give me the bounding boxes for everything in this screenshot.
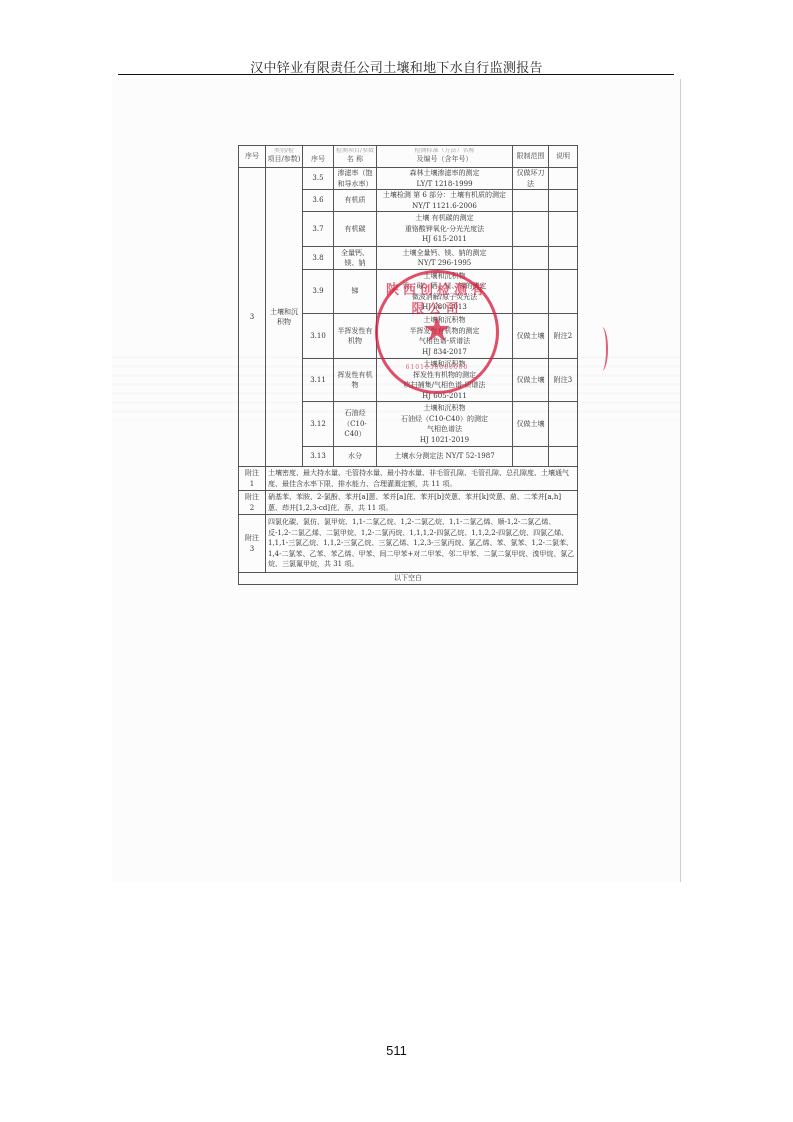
item-remark	[549, 247, 578, 270]
item-seq: 3.13	[303, 447, 334, 467]
header-category: 类别/检 项目/参数)	[266, 146, 303, 168]
item-method: 土壤 有机碳的测定 重铬酸钾氧化-分光光度法 HJ 615-2011	[377, 212, 513, 247]
header-remark: 说明	[549, 146, 578, 168]
note-label: 附注 1	[239, 467, 266, 491]
item-remark	[549, 190, 578, 212]
item-name: 有机碳	[334, 212, 377, 247]
item-seq: 3.12	[303, 402, 334, 447]
note-text: 四氯化碳、氯仿、氯甲烷、1,1-二氯乙烷、1,2-二氯乙烷、1,1-二氯乙烯、顺…	[266, 515, 578, 573]
item-remark	[549, 168, 578, 190]
item-seq: 3.9	[303, 270, 334, 314]
header-item-name: 检测项目/参数 名 称	[334, 146, 377, 168]
item-limit: 仅做土壤	[513, 402, 549, 447]
item-remark: 附注3	[549, 359, 578, 402]
item-limit: 仅做土壤	[513, 359, 549, 402]
end-row: 以下空白	[239, 573, 578, 585]
item-remark	[549, 402, 578, 447]
item-name: 挥发性有机物	[334, 359, 377, 402]
item-limit: 仅做环刀法	[513, 168, 549, 190]
group-seq: 3	[239, 168, 266, 467]
item-method: 土壤和沉积物 挥发性有机物的测定 吹扫捕集/气相色谱-质谱法 HJ 605-20…	[377, 359, 513, 402]
item-remark	[549, 270, 578, 314]
item-method: 森林土壤渗滤率的测定 LY/T 1218-1999	[377, 168, 513, 190]
end-marker: 以下空白	[239, 573, 578, 585]
note-text: 土壤密度、最大持水量、毛管持水量、最小持水量、非毛管孔隙、毛管孔隙、总孔隙度、土…	[266, 467, 578, 491]
note-text: 硝基苯、苯胺、2-氯酚、苯并[a]蒽、苯并[a]芘、苯并[b]荧蒽、苯并[k]荧…	[266, 491, 578, 515]
item-name: 石油烃（C10-C40）	[334, 402, 377, 447]
item-name: 锑	[334, 270, 377, 314]
item-name: 水分	[334, 447, 377, 467]
item-limit: 仅做土壤	[513, 314, 549, 359]
item-seq: 3.6	[303, 190, 334, 212]
item-seq: 3.7	[303, 212, 334, 247]
item-seq: 3.8	[303, 247, 334, 270]
note-label: 附注 3	[239, 515, 266, 573]
item-method: 土壤和沉积物 汞、砷、硒、铋、锑的测定 微波消解/原子荧光法 HJ 680-20…	[377, 270, 513, 314]
note-row: 附注 3四氯化碳、氯仿、氯甲烷、1,1-二氯乙烷、1,2-二氯乙烷、1,1-二氯…	[239, 515, 578, 573]
item-seq: 3.10	[303, 314, 334, 359]
header-method: 检测标准（方法）名称 及编号（含年号）	[377, 146, 513, 168]
item-name: 全量钙、镁、钠	[334, 247, 377, 270]
item-limit	[513, 212, 549, 247]
item-limit	[513, 190, 549, 212]
note-row: 附注 1土壤密度、最大持水量、毛管持水量、最小持水量、非毛管孔隙、毛管孔隙、总孔…	[239, 467, 578, 491]
note-label: 附注 2	[239, 491, 266, 515]
item-limit	[513, 270, 549, 314]
header-item-seq: 序号	[303, 146, 334, 168]
capability-table: 序号 类别/检 项目/参数) 序号 检测项目/参数 名 称 检测标准（方法）名称…	[238, 145, 578, 585]
header-rule	[118, 74, 674, 75]
item-method: 土壤全量钙、镁、钠的测定 NY/T 296-1995	[377, 247, 513, 270]
note-row: 附注 2硝基苯、苯胺、2-氯酚、苯并[a]蒽、苯并[a]芘、苯并[b]荧蒽、苯并…	[239, 491, 578, 515]
group-category: 土壤和沉积物	[266, 168, 303, 467]
item-name: 有机质	[334, 190, 377, 212]
item-remark	[549, 212, 578, 247]
item-method: 土壤和沉积物 半挥发性有机物的测定 气相色谱-质谱法 HJ 834-2017	[377, 314, 513, 359]
item-limit	[513, 447, 549, 467]
table-row: 3土壤和沉积物3.5渗滤率（饱和导水率）森林土壤渗滤率的测定 LY/T 1218…	[239, 168, 578, 190]
item-name: 半挥发性有机物	[334, 314, 377, 359]
item-seq: 3.5	[303, 168, 334, 190]
page-number: 511	[0, 1043, 793, 1058]
item-remark: 附注2	[549, 314, 578, 359]
item-method: 土壤检测 第 6 部分：土壤有机质的测定 NY/T 1121.6-2006	[377, 190, 513, 212]
edge-seal-mark	[596, 327, 608, 371]
item-seq: 3.11	[303, 359, 334, 402]
header-seq: 序号	[239, 146, 266, 168]
item-remark	[549, 447, 578, 467]
item-limit	[513, 247, 549, 270]
item-method: 土壤和沉积物 石油烃（C10-C40）的测定 气相色谱法 HJ 1021-201…	[377, 402, 513, 447]
item-method: 土壤水分测定法 NY/T 52-1987	[377, 447, 513, 467]
item-name: 渗滤率（饱和导水率）	[334, 168, 377, 190]
header-limit: 限制范围	[513, 146, 549, 168]
